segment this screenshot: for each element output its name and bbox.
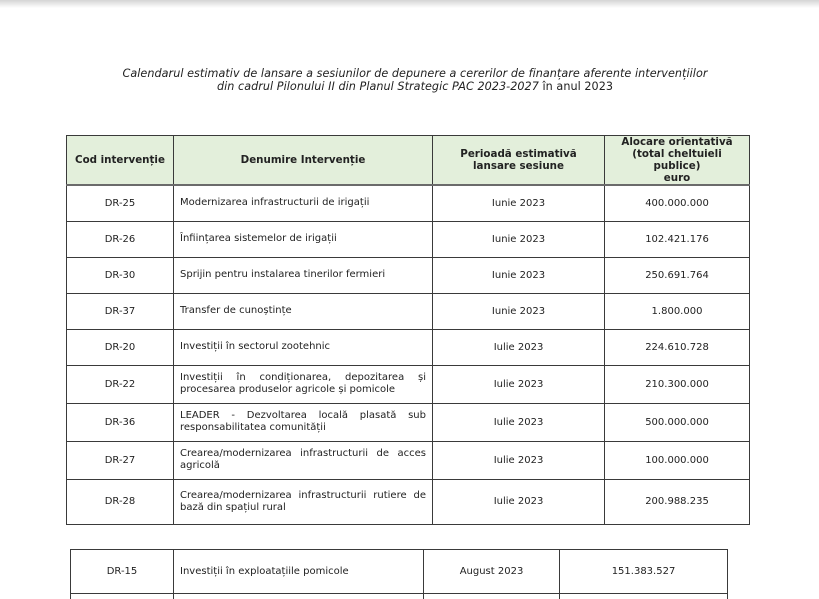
- cell-name: Crearea/modernizarea infrastructurii de …: [174, 441, 433, 479]
- cell-code: DR-15: [71, 550, 174, 594]
- table-row: DR-30Sprijin pentru instalarea tinerilor…: [67, 257, 750, 293]
- table-row: DR-27Crearea/modernizarea infrastructuri…: [67, 441, 750, 479]
- cell-code: DR-27: [67, 441, 174, 479]
- header-amount-line-1: Alocare orientativă: [611, 136, 743, 148]
- table-row: DR-25Modernizarea infrastructurii de iri…: [67, 185, 750, 221]
- cell-name: LEADER - Dezvoltarea locală plasată sub …: [174, 403, 433, 441]
- cell-code: DR-28: [67, 479, 174, 524]
- cell-period: Iunie 2023: [433, 221, 605, 257]
- cell-period: Iulie 2023: [433, 479, 605, 524]
- header-amount: Alocare orientativă (total cheltuieli pu…: [605, 136, 750, 186]
- cell-empty: [71, 594, 174, 599]
- cell-period: Iunie 2023: [433, 185, 605, 221]
- table-row: DR-37Transfer de cunoștințeIunie 20231.8…: [67, 293, 750, 329]
- cell-code: DR-37: [67, 293, 174, 329]
- table-row: DR-20Investiții în sectorul zootehnicIul…: [67, 329, 750, 365]
- cell-code: DR-20: [67, 329, 174, 365]
- table-header-row: Cod intervenție Denumire Intervenție Per…: [67, 136, 750, 186]
- header-period-line-1: Perioadă estimativă: [439, 148, 598, 160]
- header-period-line-2: lansare sesiune: [439, 160, 598, 172]
- cell-name: Investiții în exploatațiile pomicole: [174, 550, 424, 594]
- cell-amount: 224.610.728: [605, 329, 750, 365]
- cell-period: August 2023: [424, 550, 560, 594]
- cell-amount: 250.691.764: [605, 257, 750, 293]
- cell-amount: 151.383.527: [560, 550, 728, 594]
- cell-amount: 200.988.235: [605, 479, 750, 524]
- cell-code: DR-25: [67, 185, 174, 221]
- title-line-2: din cadrul Pilonului II din Planul Strat…: [90, 80, 740, 93]
- table-row: DR-28Crearea/modernizarea infrastructuri…: [67, 479, 750, 524]
- cell-period: Iunie 2023: [433, 293, 605, 329]
- cell-code: DR-22: [67, 365, 174, 403]
- header-name: Denumire Intervenție: [174, 136, 433, 186]
- cell-name: Sprijin pentru instalarea tinerilor ferm…: [174, 257, 433, 293]
- title-line-1: Calendarul estimativ de lansare a sesiun…: [90, 67, 740, 80]
- cell-name: Modernizarea infrastructurii de irigații: [174, 185, 433, 221]
- viewer-top-shadow: [0, 0, 819, 8]
- cell-period: Iulie 2023: [433, 329, 605, 365]
- table-row: DR-36LEADER - Dezvoltarea locală plasată…: [67, 403, 750, 441]
- header-period: Perioadă estimativă lansare sesiune: [433, 136, 605, 186]
- cell-amount: 102.421.176: [605, 221, 750, 257]
- interventions-table: Cod intervenție Denumire Intervenție Per…: [66, 135, 750, 525]
- cell-period: Iulie 2023: [433, 441, 605, 479]
- document-title: Calendarul estimativ de lansare a sesiun…: [90, 67, 740, 93]
- cell-name: Investiții în sectorul zootehnic: [174, 329, 433, 365]
- cell-amount: 100.000.000: [605, 441, 750, 479]
- title-line-2-normal: în anul 2023: [539, 80, 613, 93]
- cell-amount: 400.000.000: [605, 185, 750, 221]
- header-amount-line-3: euro: [611, 172, 743, 184]
- header-code: Cod intervenție: [67, 136, 174, 186]
- cell-period: Iulie 2023: [433, 403, 605, 441]
- table-row: DR-22Investiții în condiționarea, depozi…: [67, 365, 750, 403]
- cell-name: Transfer de cunoștințe: [174, 293, 433, 329]
- cell-name: Investiții în condiționarea, depozitarea…: [174, 365, 433, 403]
- cell-amount: 210.300.000: [605, 365, 750, 403]
- table-row-partial: [71, 594, 728, 599]
- cell-empty: [560, 594, 728, 599]
- title-line-2-italic: din cadrul Pilonului II din Planul Strat…: [217, 80, 539, 93]
- interventions-table-continued: DR-15Investiții în exploatațiile pomicol…: [70, 549, 728, 599]
- cell-name: Crearea/modernizarea infrastructurii rut…: [174, 479, 433, 524]
- cell-period: Iunie 2023: [433, 257, 605, 293]
- cell-amount: 500.000.000: [605, 403, 750, 441]
- header-amount-line-2: (total cheltuieli publice): [611, 148, 743, 172]
- cell-empty: [424, 594, 560, 599]
- cell-code: DR-36: [67, 403, 174, 441]
- cell-code: DR-30: [67, 257, 174, 293]
- cell-empty: [174, 594, 424, 599]
- cell-amount: 1.800.000: [605, 293, 750, 329]
- table-row: DR-15Investiții în exploatațiile pomicol…: [71, 550, 728, 594]
- table-row: DR-26Înființarea sistemelor de irigațiiI…: [67, 221, 750, 257]
- cell-name: Înființarea sistemelor de irigații: [174, 221, 433, 257]
- cell-code: DR-26: [67, 221, 174, 257]
- cell-period: Iulie 2023: [433, 365, 605, 403]
